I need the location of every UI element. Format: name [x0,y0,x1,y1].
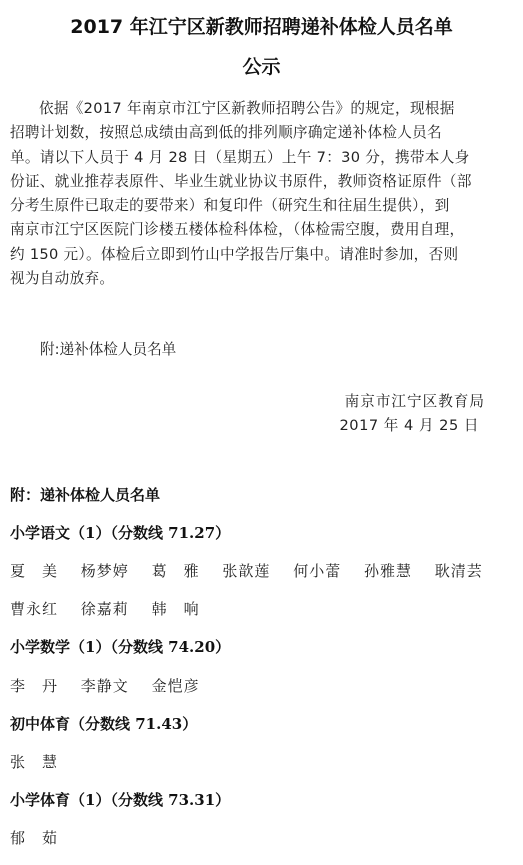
attachment-note: 附:递补体检人员名单 [40,338,176,359]
candidate-name: 李静文 [81,675,129,696]
candidate-name: 韩响 [152,598,216,619]
candidate-name: 张歆莲 [222,560,270,581]
candidate-name: 李丹 [10,675,74,696]
group-title: 小学数学（1）（分数线 74.20） [10,636,230,657]
candidate-name: 曹永红 [10,598,58,619]
body-line: 视为自动放弃。 [10,267,516,291]
group-title: 小学语文（1）（分数线 71.27） [10,522,230,543]
candidate-name: 徐嘉莉 [81,598,129,619]
document-subtitle: 公示 [0,52,523,79]
group-title: 初中体育（分数线 71.43） [10,713,197,734]
candidate-name: 张慧 [10,751,74,772]
body-line: 单。请以下人员于 4 月 28 日（星期五）上午 7：30 分，携带本人身 [10,146,516,170]
candidate-name: 葛雅 [152,560,216,581]
signature-date: 2017 年 4 月 25 日 [340,414,479,435]
name-row: 夏美 杨梦婷 葛雅 张歆莲 何小蕾 孙雅慧 耿清芸 [10,560,501,581]
body-line: 南京市江宁区医院门诊楼五楼体检科体检，（体检需空腹，费用自理， [10,218,516,242]
candidate-name: 金恺彦 [152,675,200,696]
body-line: 招聘计划数，按照总成绩由高到低的排列顺序确定递补体检人员名 [10,121,516,145]
body-line: 份证、就业推荐表原件、毕业生就业协议书原件，教师资格证原件（部 [10,170,516,194]
candidate-name: 杨梦婷 [81,560,129,581]
candidate-name: 夏美 [10,560,74,581]
candidate-name: 何小蕾 [293,560,341,581]
body-line: 分考生原件已取走的要带来）和复印件（研究生和往届生提供），到 [10,194,516,218]
body-line: 约 150 元）。体检后立即到竹山中学报告厅集中。请准时参加，否则 [10,243,516,267]
name-row: 曹永红 徐嘉莉 韩响 [10,598,218,619]
name-row: 李丹 李静文 金恺彦 [10,675,218,696]
candidate-name: 孙雅慧 [364,560,412,581]
candidate-name: 耿清芸 [435,560,483,581]
name-row: 张慧 [10,751,76,772]
group-title: 小学体育（1）（分数线 73.31） [10,789,230,810]
name-row: 郁茹 [10,827,76,848]
body-line: 依据《2017 年南京市江宁区新教师招聘公告》的规定，现根据 [10,97,516,121]
appendix-heading: 附：递补体检人员名单 [10,484,160,505]
notice-body: 依据《2017 年南京市江宁区新教师招聘公告》的规定，现根据 招聘计划数，按照总… [10,97,516,291]
document-title: 2017 年江宁区新教师招聘递补体检人员名单 [0,12,523,39]
signature-org: 南京市江宁区教育局 [345,390,485,411]
candidate-name: 郁茹 [10,827,74,848]
